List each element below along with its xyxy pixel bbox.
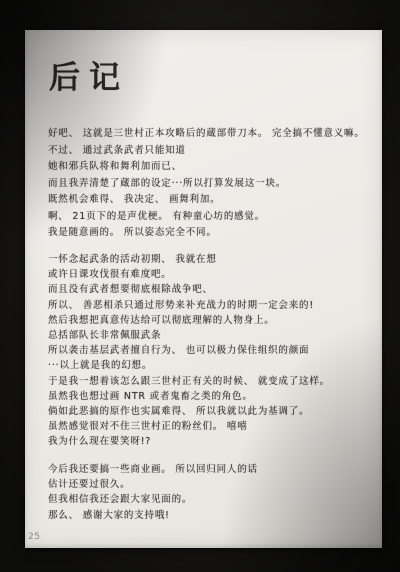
paragraph-2: 一怀念起武条的活动初期、 我就在想 或许日课攻伐很有难度吧。 而且没有武者想要彻… [48, 252, 372, 450]
paragraph-3: 今后我还要搞一些商业画。 所以回归同人的话 估计还要过很久。 但我相信我还会跟大… [48, 462, 372, 523]
page-number: 25 [28, 532, 40, 542]
afterword-line: 那么、 感谢大家的支持哦! [48, 508, 372, 523]
paragraph-1: 好吧、 这就是三世村正本攻略后的蔵部带刀本。 完全搞不懂意义嘛。 不过、 通过武… [48, 126, 372, 242]
afterword-line: 总括部队长非常佩服武条 [48, 328, 372, 343]
afterword-line: 所以、 善恶相杀只通过形势来补充战力的时期一定会来的! [48, 298, 372, 313]
afterword-line: 不过、 通过武条武者只能知道 [48, 143, 372, 160]
afterword-line: 于是我一想着该怎么跟三世村正有关的时候、 就变成了这样。 [48, 374, 372, 389]
afterword-line: 我是随意画的。 所以姿态完全不同。 [48, 225, 372, 242]
afterword-line: 虽然感觉很对不住三世村正的粉丝们。 嘻嘻 [48, 419, 372, 434]
afterword-line: 好吧、 这就是三世村正本攻略后的蔵部带刀本。 完全搞不懂意义嘛。 [48, 126, 372, 143]
page-title: 后记 [49, 52, 129, 97]
scanned-photo-background: 后记 好吧、 这就是三世村正本攻略后的蔵部带刀本。 完全搞不懂意义嘛。 不过、 … [0, 0, 400, 572]
afterword-line: 她和邪兵队将和舞利加而已、 [48, 159, 372, 176]
afterword-line: 估计还要过很久。 [48, 477, 372, 492]
afterword-line: 或许日课攻伐很有难度吧。 [48, 267, 372, 282]
afterword-line: ···以上就是我的幻想。 [48, 358, 372, 373]
afterword-line: 我为什么现在要笑呀!? [48, 434, 372, 449]
afterword-line: 一怀念起武条的活动初期、 我就在想 [48, 252, 372, 267]
afterword-line: 倘如此恶搞的原作也实属难得、 所以我就以此为基调了。 [48, 404, 372, 419]
afterword-line: 虽然我也想过画 NTR 或者鬼畜之类的角色。 [48, 389, 372, 404]
afterword-line: 今后我还要搞一些商业画。 所以回归同人的话 [48, 462, 372, 477]
afterword-line: 而且没有武者想要彻底根除战争吧、 [48, 282, 372, 297]
afterword-line: 啊、 21页下的是声优梗。 有种童心坊的感觉。 [48, 209, 372, 226]
afterword-page: 后记 好吧、 这就是三世村正本攻略后的蔵部带刀本。 完全搞不懂意义嘛。 不过、 … [25, 30, 382, 548]
afterword-line: 所以袭击基层武者擅自行为、 也可以极力保住组织的颜面 [48, 343, 372, 358]
afterword-line: 而且我弄清楚了蔵部的设定···所以打算发展这一块。 [48, 176, 372, 193]
afterword-line: 但我相信我还会跟大家见面的。 [48, 492, 372, 507]
afterword-line: 既然机会难得、 我决定、 画舞利加。 [48, 192, 372, 209]
afterword-line: 然后我想把真意传达给可以彻底理解的人物身上。 [48, 313, 372, 328]
